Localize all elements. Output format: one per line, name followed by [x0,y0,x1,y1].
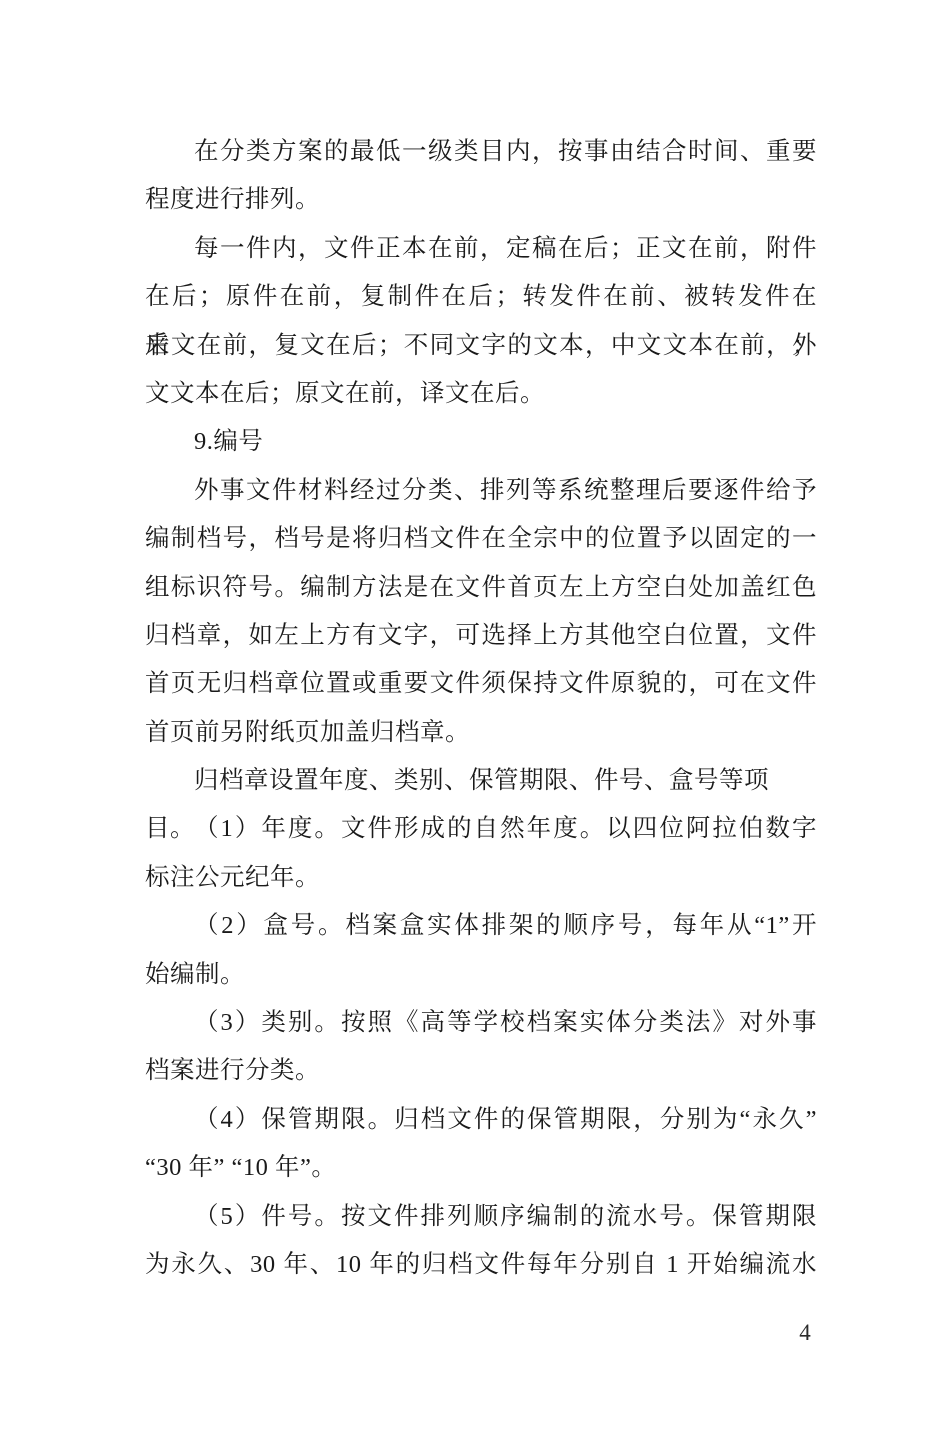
text-line: 在分类方案的最低一级类目内，按事由结合时间、重要 [145,128,817,176]
text-line: （5）件号。按文件排列顺序编制的流水号。保管期限 [145,1193,817,1241]
document-body: 在分类方案的最低一级类目内，按事由结合时间、重要程度进行排列。每一件内，文件正本… [145,128,817,1289]
text-line: 来文在前，复文在后；不同文字的文本，中文文本在前，外 [145,322,817,370]
text-line: 始编制。 [145,951,817,999]
text-line: 首页无归档章位置或重要文件须保持文件原貌的，可在文件 [145,660,817,708]
text-line: （4）保管期限。归档文件的保管期限，分别为“永久” [145,1096,817,1144]
text-line: 归档章，如左上方有文字，可选择上方其他空白位置，文件 [145,612,817,660]
text-line: 编制档号，档号是将归档文件在全宗中的位置予以固定的一 [145,515,817,563]
text-line: 档案进行分类。 [145,1047,817,1095]
document-page: 在分类方案的最低一级类目内，按事由结合时间、重要程度进行排列。每一件内，文件正本… [0,0,951,1452]
text-line: 组标识符号。编制方法是在文件首页左上方空白处加盖红色 [145,564,817,612]
text-line: （3）类别。按照《高等学校档案实体分类法》对外事 [145,999,817,1047]
text-line: 每一件内，文件正本在前，定稿在后；正文在前，附件 [145,225,817,273]
text-line: 9.编号 [145,418,817,466]
text-line: 首页前另附纸页加盖归档章。 [145,709,817,757]
text-line: （1）年度。文件形成的自然年度。以四位阿拉伯数字 [145,805,817,853]
text-line: “30 年” “10 年”。 [145,1144,817,1192]
text-line: 为永久、30 年、10 年的归档文件每年分别自 1 开始编流水 [145,1241,817,1289]
page-number: 4 [790,1320,820,1346]
text-line: 程度进行排列。 [145,176,817,224]
text-line: （2）盒号。档案盒实体排架的顺序号，每年从“1”开 [145,902,817,950]
text-line: 外事文件材料经过分类、排列等系统整理后要逐件给予 [145,467,817,515]
text-line: 文文本在后；原文在前，译文在后。 [145,370,817,418]
text-line: 标注公元纪年。 [145,854,817,902]
text-line: 在后；原件在前，复制件在后；转发件在前、被转发件在后； [145,273,817,321]
text-line: 归档章设置年度、类别、保管期限、件号、盒号等项目。 [145,757,817,805]
